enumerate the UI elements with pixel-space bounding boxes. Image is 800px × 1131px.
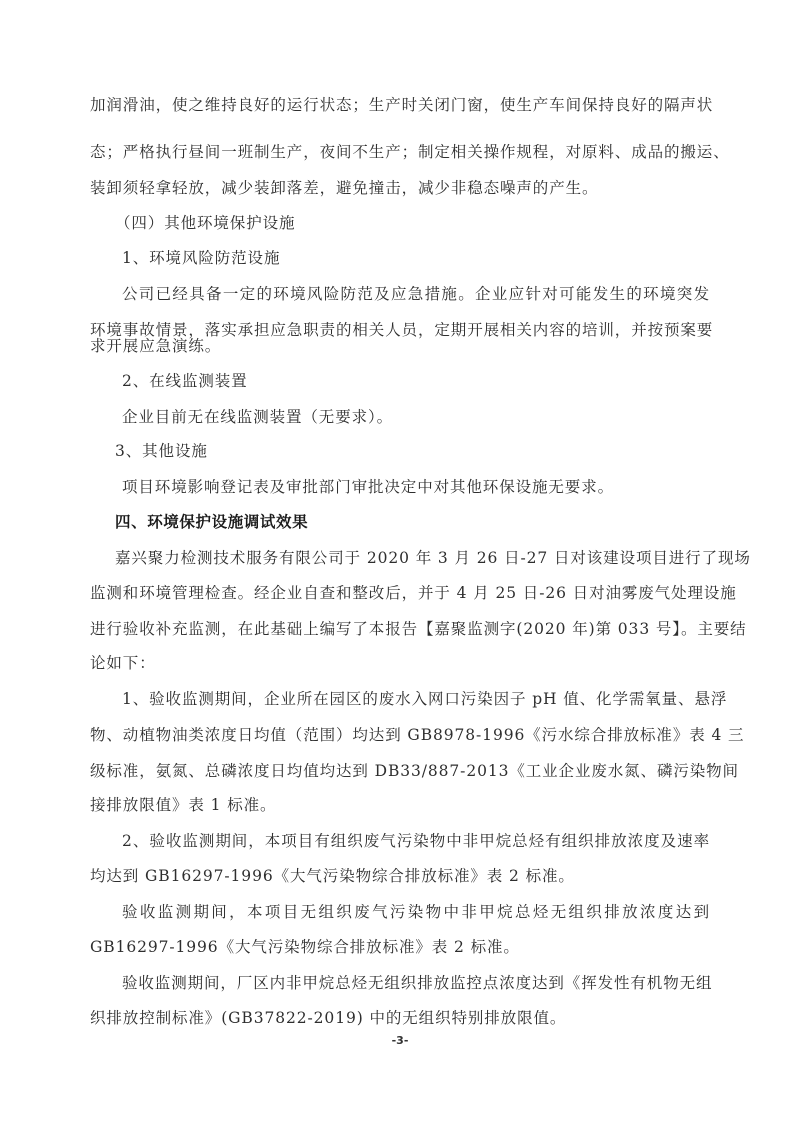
- paragraph-line: 监测和环境管理检查。经企业自查和整改后，并于 4 月 25 日-26 日对油雾废…: [90, 583, 710, 603]
- paragraph-line: 企业目前无在线监测装置（无要求）。: [122, 407, 742, 427]
- subsection-title: 2、在线监测装置: [122, 371, 742, 391]
- paragraph-line: 论如下：: [90, 653, 710, 673]
- paragraph-line: 求开展应急演练。: [90, 336, 710, 356]
- paragraph-line: 加润滑油，使之维持良好的运行状态；生产时关闭门窗，使生产车间保持良好的隔声状: [90, 95, 710, 115]
- paragraph-line: 态；严格执行昼间一班制生产，夜间不生产；制定相关操作规程，对原料、成品的搬运、: [90, 142, 710, 162]
- document-page: 加润滑油，使之维持良好的运行状态；生产时关闭门窗，使生产车间保持良好的隔声状 态…: [0, 0, 800, 1131]
- paragraph-line: 接排放限值》表 1 标准。: [90, 795, 710, 815]
- paragraph-line: 公司已经具备一定的环境风险防范及应急措施。企业应针对可能发生的环境突发: [122, 284, 710, 304]
- chapter-heading: 四、环境保护设施调试效果: [115, 512, 735, 532]
- paragraph-line: 均达到 GB16297-1996《大气污染物综合排放标准》表 2 标准。: [90, 866, 710, 886]
- paragraph-line: GB16297-1996《大气污染物综合排放标准》表 2 标准。: [90, 937, 710, 957]
- section-heading: （四）其他环境保护设施: [115, 213, 735, 233]
- subsection-title: 3、其他设施: [115, 441, 735, 461]
- subsection-title: 1、环境风险防范设施: [122, 248, 742, 268]
- paragraph-line: 织排放控制标准》(GB37822-2019) 中的无组织特别排放限值。: [90, 1008, 710, 1028]
- paragraph-line: 项目环境影响登记表及审批部门审批决定中对其他环保设施无要求。: [122, 477, 742, 497]
- paragraph-line: 2、验收监测期间，本项目有组织废气污染物中非甲烷总烃有组织排放浓度及速率: [122, 831, 710, 851]
- paragraph-line: 嘉兴聚力检测技术服务有限公司于 2020 年 3 月 26 日-27 日对该建设…: [115, 548, 710, 568]
- paragraph-line: 级标准，氨氮、总磷浓度日均值均达到 DB33/887-2013《工业企业废水氮、…: [90, 761, 710, 781]
- paragraph-line: 装卸须轻拿轻放，减少装卸落差，避免撞击，减少非稳态噪声的产生。: [90, 178, 710, 198]
- paragraph-line: 物、动植物油类浓度日均值（范围）均达到 GB8978-1996《污水综合排放标准…: [90, 725, 710, 745]
- paragraph-line: 验收监测期间，厂区内非甲烷总烃无组织排放监控点浓度达到《挥发性有机物无组: [122, 973, 710, 993]
- page-number: -3-: [380, 1034, 420, 1047]
- paragraph-line: 1、验收监测期间，企业所在园区的废水入网口污染因子 pH 值、化学需氧量、悬浮: [122, 689, 710, 709]
- paragraph-line: 进行验收补充监测，在此基础上编写了本报告【嘉聚监测字(2020 年)第 033 …: [90, 619, 710, 639]
- paragraph-line: 验收监测期间，本项目无组织废气污染物中非甲烷总烃无组织排放浓度达到: [122, 902, 710, 922]
